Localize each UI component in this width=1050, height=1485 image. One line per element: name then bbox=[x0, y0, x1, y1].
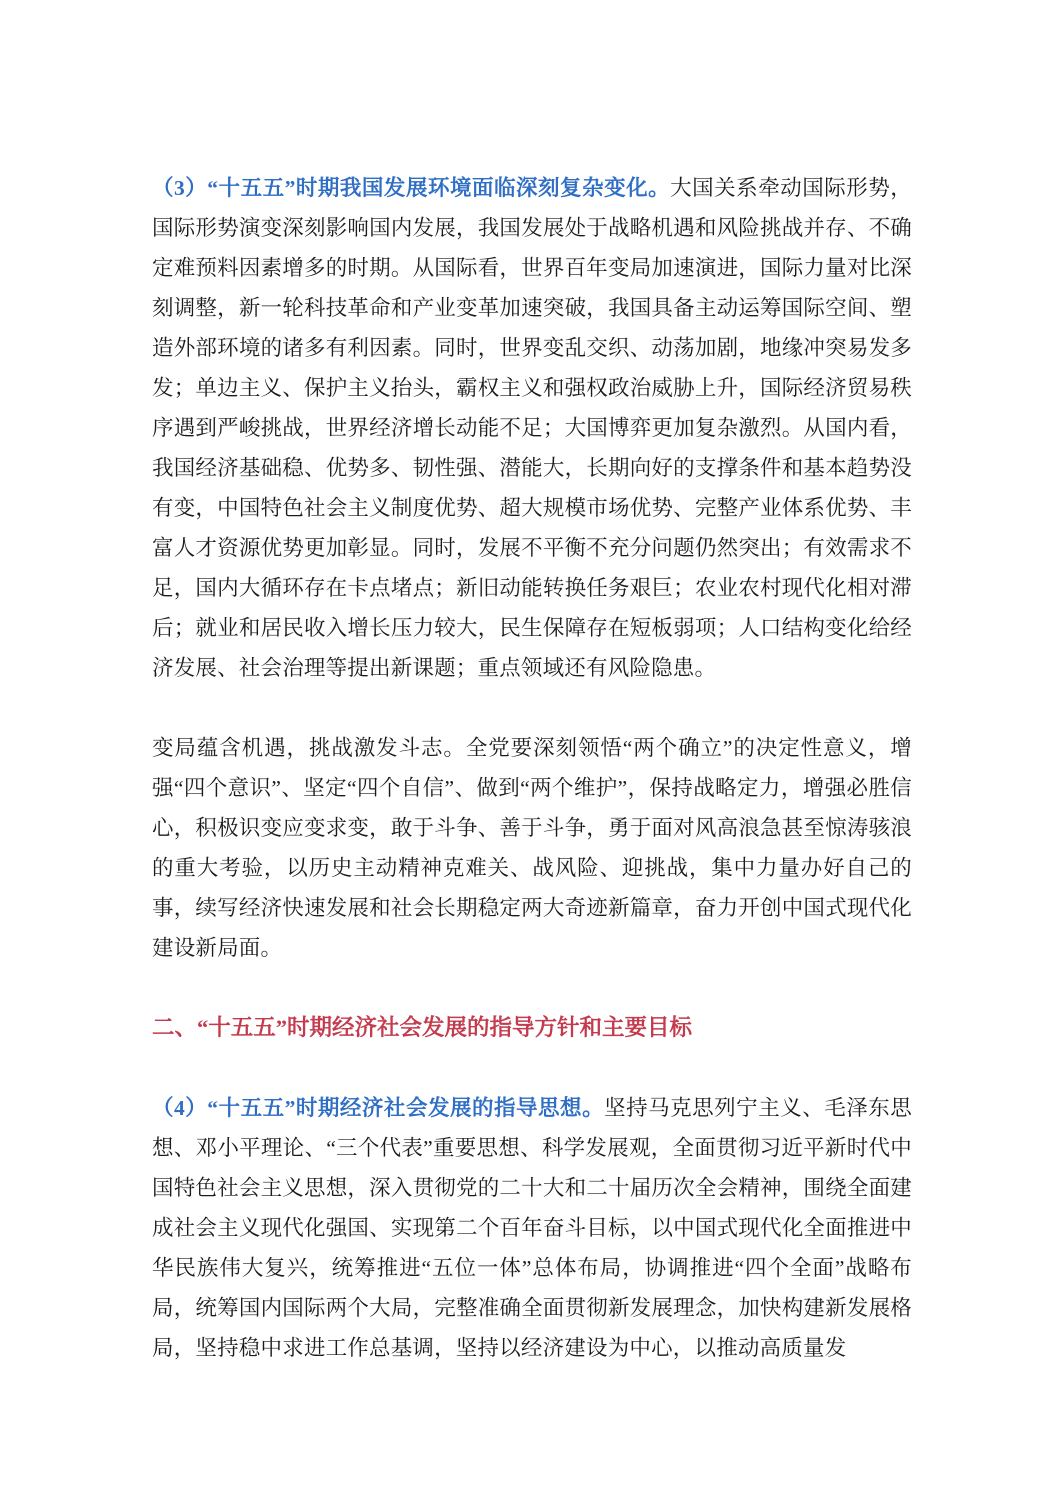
paragraph-item-3: （3）“十五五”时期我国发展环境面临深刻复杂变化。大国关系牵动国际形势，国际形势… bbox=[152, 168, 912, 688]
paragraph-4-body: 坚持马克思列宁主义、毛泽东思想、邓小平理论、“三个代表”重要思想、科学发展观，全… bbox=[152, 1096, 912, 1360]
section-heading-2: 二、“十五五”时期经济社会发展的指导方针和主要目标 bbox=[152, 1008, 912, 1048]
document-page: （3）“十五五”时期我国发展环境面临深刻复杂变化。大国关系牵动国际形势，国际形势… bbox=[0, 0, 1050, 1485]
paragraph-4-lead: （4）“十五五”时期经济社会发展的指导思想。 bbox=[152, 1096, 604, 1120]
paragraph-item-4: （4）“十五五”时期经济社会发展的指导思想。坚持马克思列宁主义、毛泽东思想、邓小… bbox=[152, 1088, 912, 1368]
paragraph-transition: 变局蕴含机遇，挑战激发斗志。全党要深刻领悟“两个确立”的决定性意义，增强“四个意… bbox=[152, 728, 912, 968]
paragraph-3-lead: （3）“十五五”时期我国发展环境面临深刻复杂变化。 bbox=[152, 176, 670, 200]
paragraph-3-body: 大国关系牵动国际形势，国际形势演变深刻影响国内发展，我国发展处于战略机遇和风险挑… bbox=[152, 176, 912, 680]
